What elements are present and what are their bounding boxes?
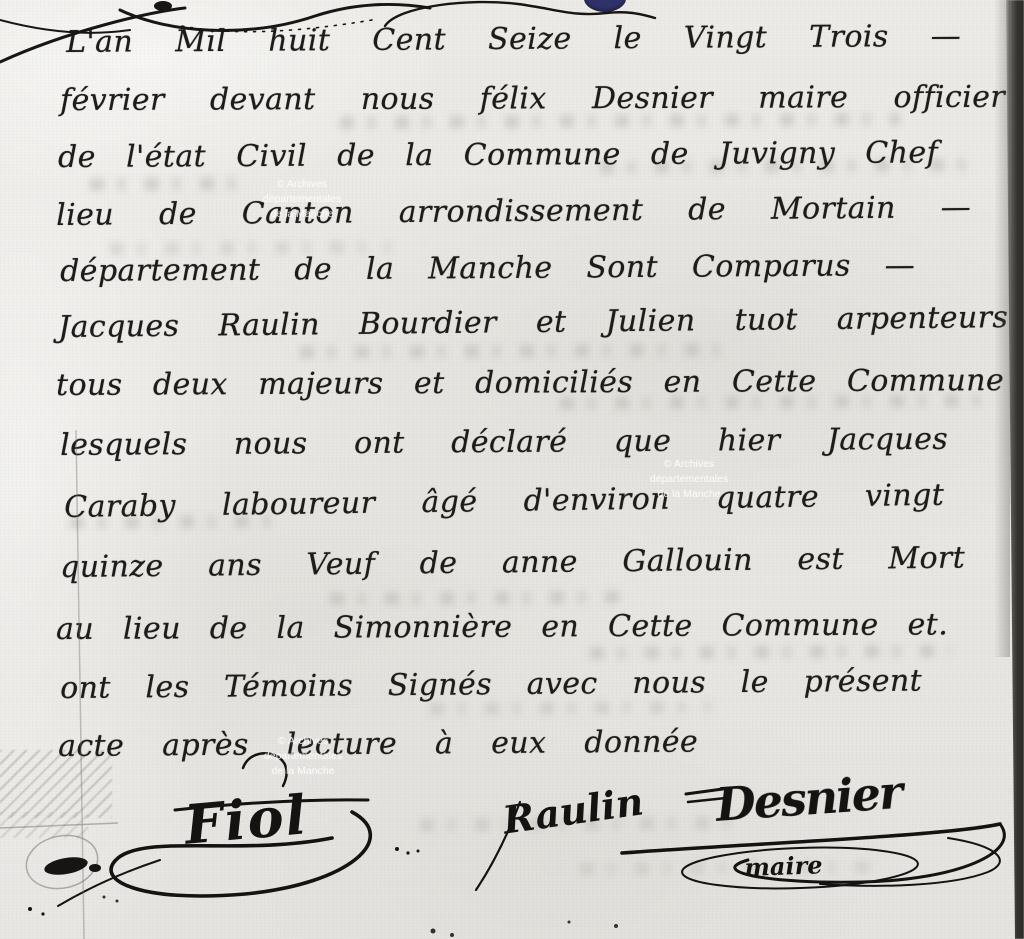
manuscript-line: Caraby laboureur âgé d'environ quatre vi… [64, 477, 944, 527]
manuscript-line: ont les Témoins Signés avec nous le prés… [60, 662, 922, 708]
bleed-through-smudge [590, 645, 950, 660]
bleed-through-smudge [90, 177, 250, 190]
manuscript-line: Jacques Raulin Bourdier et Julien tuot a… [58, 299, 1008, 347]
watermark-line: de la Manche [247, 207, 357, 222]
manuscript-scan: L'an Mil huit Cent Seize le Vingt Trois … [0, 0, 1024, 939]
bleed-through-smudge [300, 344, 720, 359]
watermark-line: départementales [247, 192, 357, 207]
manuscript-line: lesquels nous ont déclaré que hier Jacqu… [60, 421, 948, 465]
archive-watermark: © Archives départementales de la Manche [248, 734, 358, 779]
manuscript-line: tous deux majeurs et domiciliés en Cette… [56, 362, 1004, 405]
signature-title-maire: maire [744, 850, 823, 882]
archive-watermark: © Archives départementales de la Manche [247, 177, 357, 222]
manuscript-line: département de la Manche Sont Comparus — [60, 247, 915, 291]
edge-specks [103, 896, 619, 938]
manuscript-line: février devant nous félix Desnier maire … [60, 79, 1005, 120]
watermark-line: de la Manche [634, 487, 744, 502]
bleed-through-smudge [330, 591, 630, 605]
watermark-line: © Archives [634, 457, 744, 472]
bleed-through-smudge [580, 861, 880, 875]
watermark-line: départementales [634, 472, 744, 487]
pencil-hatching [0, 812, 88, 838]
watermark-line: © Archives [248, 734, 358, 749]
ink-blot [43, 854, 101, 877]
blue-round-marker[interactable] [584, 0, 626, 12]
archive-watermark: © Archives départementales de la Manche [634, 457, 744, 502]
manuscript-line: acte après lecture à eux donnée [58, 724, 698, 766]
signature-raulin: Raulin [500, 778, 646, 842]
watermark-line: départementales [248, 749, 358, 764]
manuscript-line: lieu de Canton arrondissement de Mortain… [56, 189, 971, 235]
manuscript-line: L'an Mil huit Cent Seize le Vingt Trois … [66, 18, 961, 62]
watermark-line: de la Manche [248, 764, 358, 779]
manuscript-line: de l'état Civil de la Commune de Juvigny… [58, 134, 938, 177]
signature-maire: Desnier [714, 765, 903, 832]
signature-fiol: Fiol [182, 782, 310, 857]
manuscript-line: au lieu de la Simonnière en Cette Commun… [56, 606, 948, 649]
manuscript-line: quinze ans Veuf de anne Gallouin est Mor… [60, 540, 965, 587]
watermark-line: © Archives [247, 177, 357, 192]
